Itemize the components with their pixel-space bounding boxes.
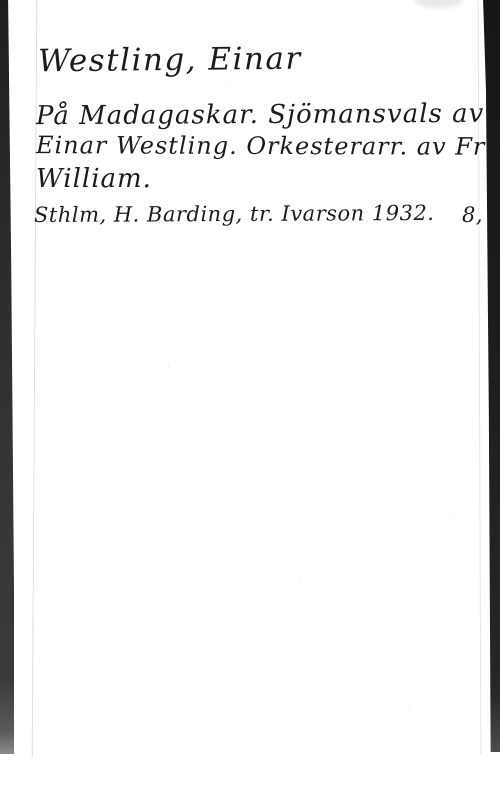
card-plate-number: 8,: [462, 203, 483, 227]
card-title-line-1: På Madagaskar. Sjömansvals av: [36, 99, 484, 131]
scanned-catalog-card: Westling, Einar På Madagaskar. Sjömansva…: [0, 0, 500, 800]
card-heading-author: Westling, Einar: [38, 41, 302, 80]
scan-smudge: [415, 0, 463, 8]
scan-specks: [168, 365, 170, 367]
scan-background-edge-left: [0, 0, 14, 754]
card-title-line-3: William.: [36, 164, 152, 194]
card-imprint-line: Sthlm, H. Barding, tr. Ivarson 1932.: [34, 201, 435, 227]
scan-background-edge-right: [482, 0, 500, 752]
card-title-line-2: Einar Westling. Orkesterarr. av Fred: [36, 131, 500, 161]
